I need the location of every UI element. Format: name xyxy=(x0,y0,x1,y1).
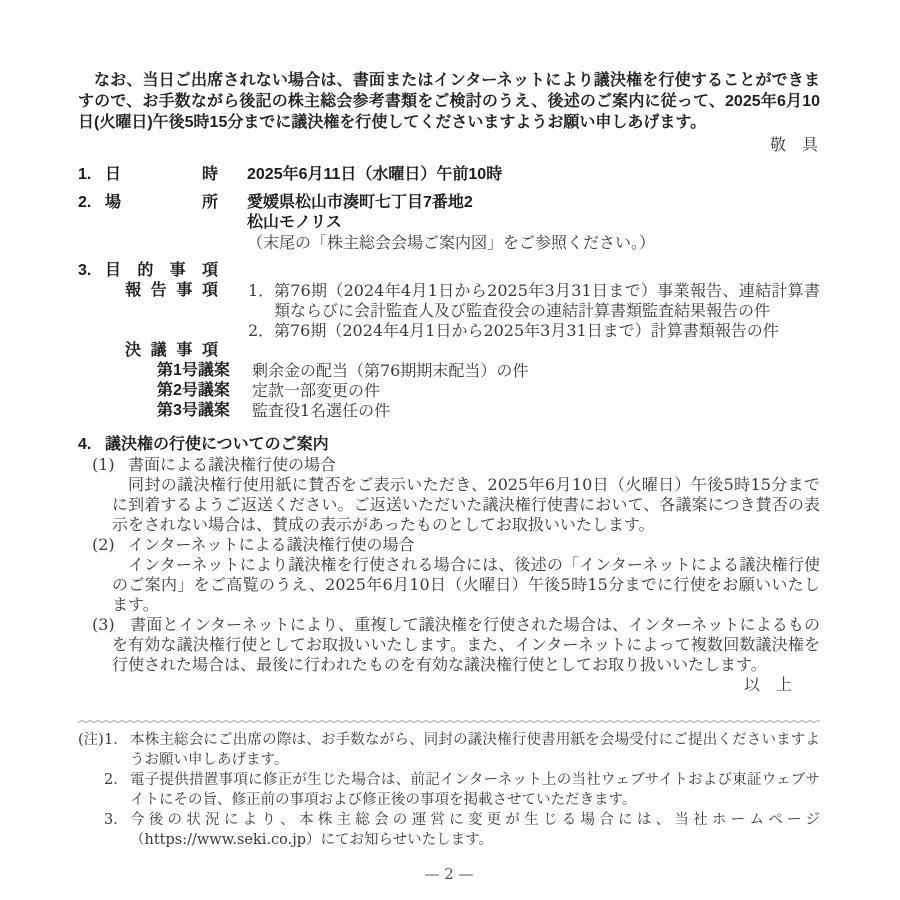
subitem-marker: (3) xyxy=(92,615,130,635)
subitem-head: (2) インターネットによる議決権行使の場合 xyxy=(78,535,820,555)
report-item-text: 第76期（2024年4月1日から2025年3月31日まで）計算書類報告の件 xyxy=(274,321,820,341)
subitem-body: インターネットにより議決権を行使される場合には、後述の「インターネットによる議決… xyxy=(112,555,820,615)
subitem-head: (1) 書面による議決権行使の場合 xyxy=(78,455,820,475)
purpose-label: 目的事項 xyxy=(105,261,218,281)
datetime-label: 日時 xyxy=(105,165,218,185)
venue-row: 2. 場所 愛媛県松山市湊町七丁目7番地2 松山モノリス （末尾の「株主総会会場… xyxy=(78,193,820,253)
footnote-text: 電子提供措置事項に修正が生じた場合は、前記インターネット上の当社ウェブサイトおよ… xyxy=(130,770,820,810)
datetime-value: 2025年6月11日（水曜日）午前10時 xyxy=(247,165,820,185)
subitem-body: (3)書面とインターネットにより、重複して議決権を行使された場合は、インターネッ… xyxy=(112,615,820,675)
footnote-prefix: (注) xyxy=(78,730,104,770)
voting-subitem-1: (1) 書面による議決権行使の場合 同封の議決権行使用紙に賛否をご表示いただき、… xyxy=(78,455,820,535)
subitem-body: 同封の議決権行使用紙に賛否をご表示いただき、2025年6月10日（火曜日）午後5… xyxy=(112,475,820,535)
meeting-datetime-row: 1. 日時 2025年6月11日（水曜日）午前10時 xyxy=(78,165,820,185)
venue-address: 愛媛県松山市湊町七丁目7番地2 xyxy=(247,193,820,213)
report-matters-label: 報告事項 xyxy=(125,281,218,341)
venue-map-note: （末尾の「株主総会会場ご案内図」をご参照ください。） xyxy=(247,233,820,253)
item-number: 1. xyxy=(78,165,105,185)
report-item-number: 2． xyxy=(248,321,274,341)
resolution-matters-label: 決議事項 xyxy=(125,341,218,361)
proposal-label: 第3号議案 xyxy=(157,401,245,421)
wavy-divider-graphic xyxy=(78,718,820,725)
report-item: 2． 第76期（2024年4月1日から2025年3月31日まで）計算書類報告の件 xyxy=(248,321,820,341)
wavy-divider xyxy=(78,711,820,718)
footnote-number: 2． xyxy=(104,770,130,810)
proposal-row-2: 第2号議案 定款一部変更の件 xyxy=(157,381,820,401)
proposal-row-3: 第3号議案 監査役1名選任の件 xyxy=(157,401,820,421)
proposal-row-1: 第1号議案 剰余金の配当（第76期期末配当）の件 xyxy=(157,361,820,381)
document-page: なお、当日ご出席されない場合は、書面またはインターネットにより議決権を行使するこ… xyxy=(0,0,900,900)
item-number: 4. xyxy=(78,435,105,455)
proposal-text: 定款一部変更の件 xyxy=(252,381,380,401)
report-item: 1． 第76期（2024年4月1日から2025年3月31日まで）事業報告、連結計… xyxy=(248,281,820,321)
proposal-text: 監査役1名選任の件 xyxy=(252,401,390,421)
subitem-marker: (1) xyxy=(92,455,128,475)
subitem-title: インターネットによる議決権行使の場合 xyxy=(128,535,820,555)
venue-label: 場所 xyxy=(105,193,218,253)
subitem-title: 書面による議決権行使の場合 xyxy=(128,455,820,475)
footnote-text: 本株主総会にご出席の際は、お手数ながら、同封の議決権行使書用紙を会場受付にご提出… xyxy=(130,730,820,770)
report-matters-row: 報告事項 1． 第76期（2024年4月1日から2025年3月31日まで）事業報… xyxy=(125,281,820,341)
footnotes-section: (注) 1． 本株主総会にご出席の際は、お手数ながら、同封の議決権行使書用紙を会… xyxy=(78,730,820,850)
report-list: 1． 第76期（2024年4月1日から2025年3月31日まで）事業報告、連結計… xyxy=(248,281,820,341)
proposal-text: 剰余金の配当（第76期期末配当）の件 xyxy=(252,361,528,381)
end-marker: 以 上 xyxy=(78,675,820,695)
proposal-label: 第1号議案 xyxy=(157,361,245,381)
footnote-number: 3． xyxy=(104,810,130,850)
voting-guidance-section: 4. 議決権の行使についてのご案内 xyxy=(78,435,820,455)
report-item-text: 第76期（2024年4月1日から2025年3月31日まで）事業報告、連結計算書類… xyxy=(274,281,820,321)
footnote-2: 2． 電子提供措置事項に修正が生じた場合は、前記インターネット上の当社ウェブサイ… xyxy=(78,770,820,810)
subitem-marker: (2) xyxy=(92,535,128,555)
item-number: 2. xyxy=(78,193,105,253)
venue-name: 松山モノリス xyxy=(247,213,820,233)
footnote-text: 今後の状況により、本株主総会の運営に変更が生じる場合には、当社ホームページ（ht… xyxy=(130,810,820,850)
opening-paragraph: なお、当日ご出席されない場合は、書面またはインターネットにより議決権を行使するこ… xyxy=(78,70,820,133)
item-number: 3. xyxy=(78,261,105,281)
closing-salutation: 敬 具 xyxy=(78,135,818,155)
footnote-1: (注) 1． 本株主総会にご出席の際は、お手数ながら、同封の議決権行使書用紙を会… xyxy=(78,730,820,770)
footnote-3: 3． 今後の状況により、本株主総会の運営に変更が生じる場合には、当社ホームページ… xyxy=(78,810,820,850)
proposal-label: 第2号議案 xyxy=(157,381,245,401)
subitem-text: 書面とインターネットにより、重複して議決権を行使された場合は、インターネットによ… xyxy=(112,615,820,674)
footnote-prefix xyxy=(78,770,104,810)
footnote-number: 1． xyxy=(104,730,130,770)
resolution-matters-row: 決議事項 xyxy=(125,341,820,361)
footnote-prefix xyxy=(78,810,104,850)
purpose-heading-row: 3. 目的事項 xyxy=(78,261,820,281)
purpose-section: 3. 目的事項 報告事項 1． 第76期（2024年4月1日から2025年3月3… xyxy=(78,261,820,421)
venue-content: 愛媛県松山市湊町七丁目7番地2 松山モノリス （末尾の「株主総会会場ご案内図」を… xyxy=(247,193,820,253)
voting-guidance-heading: 議決権の行使についてのご案内 xyxy=(105,435,329,455)
page-number: — 2 — xyxy=(78,864,820,884)
voting-subitem-2: (2) インターネットによる議決権行使の場合 インターネットにより議決権を行使さ… xyxy=(78,535,820,615)
report-item-number: 1． xyxy=(248,281,274,321)
voting-subitem-3: (3)書面とインターネットにより、重複して議決権を行使された場合は、インターネッ… xyxy=(78,615,820,675)
